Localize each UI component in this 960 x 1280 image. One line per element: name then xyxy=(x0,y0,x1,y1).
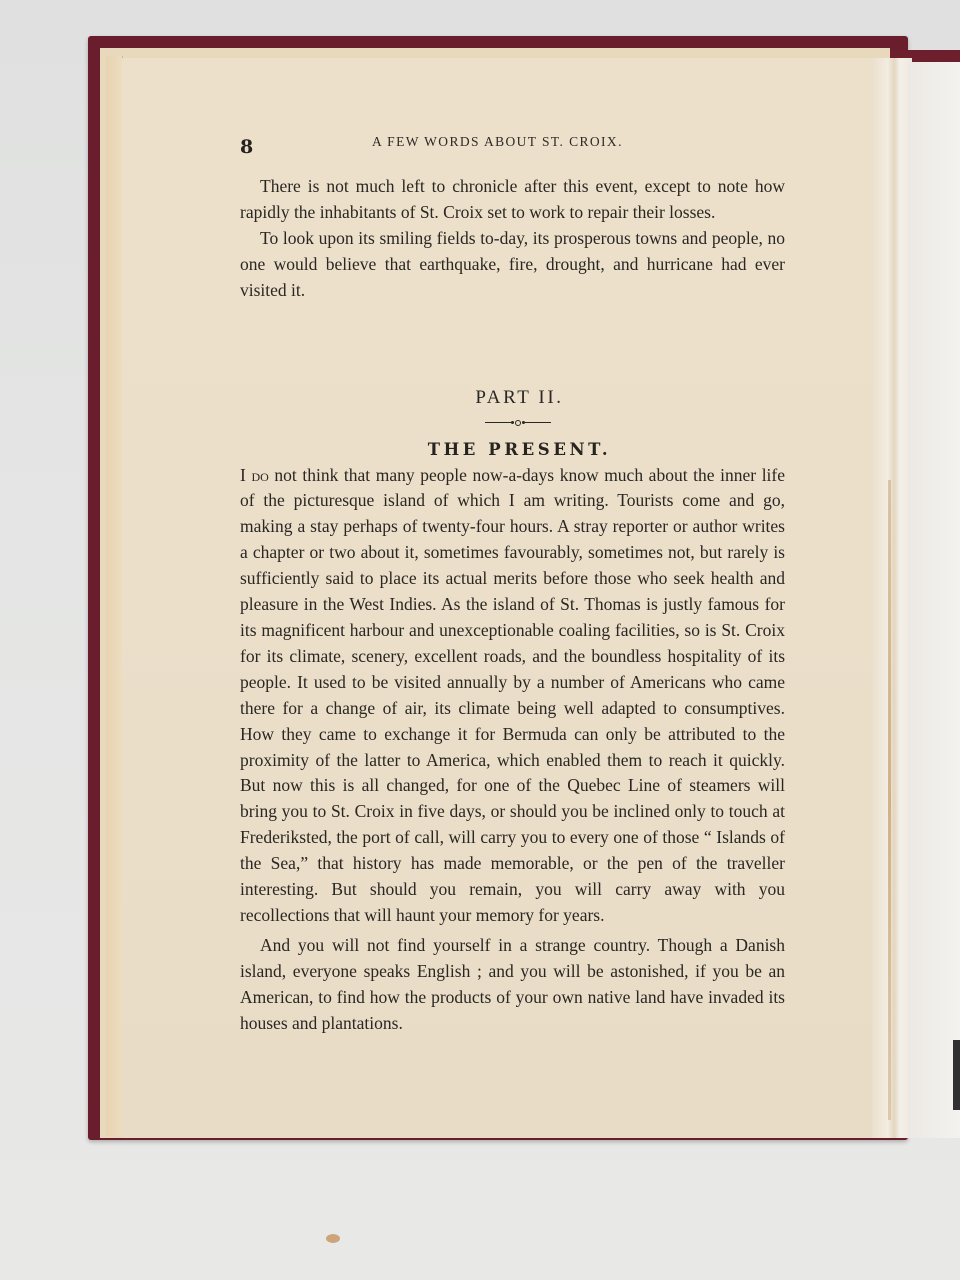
ornament-line xyxy=(525,422,551,423)
ornament-circle-icon xyxy=(515,420,521,426)
paragraph: And you will not find yourself in a stra… xyxy=(240,933,785,1037)
ornament-line xyxy=(485,422,511,423)
ornament-divider xyxy=(240,418,785,428)
section-title: THE PRESENT. xyxy=(240,440,785,459)
paper-stain xyxy=(326,1234,340,1243)
page-text: 8 A FEW WORDS ABOUT ST. CROIX. There is … xyxy=(240,128,785,1036)
smallcaps-word: do xyxy=(251,465,268,485)
dark-object-edge xyxy=(953,1040,960,1110)
paragraph-text: not think that many people now-a-days kn… xyxy=(240,465,785,925)
book-gutter xyxy=(872,58,912,1138)
page-edge-strip xyxy=(106,56,123,1136)
page-number: 8 xyxy=(240,136,253,158)
ornament-dot xyxy=(511,421,514,424)
running-title: A FEW WORDS ABOUT ST. CROIX. xyxy=(372,134,623,150)
paragraph: There is not much left to chronicle afte… xyxy=(240,174,785,226)
gutter-crease xyxy=(888,480,891,1120)
first-word: I xyxy=(240,465,246,485)
paragraph: To look upon its smiling fields to-day, … xyxy=(240,226,785,304)
part-title: PART II. xyxy=(240,387,785,409)
running-head: 8 A FEW WORDS ABOUT ST. CROIX. xyxy=(240,128,785,158)
book-page-right xyxy=(908,62,960,1138)
paragraph: I do not think that many people now-a-da… xyxy=(240,463,785,929)
